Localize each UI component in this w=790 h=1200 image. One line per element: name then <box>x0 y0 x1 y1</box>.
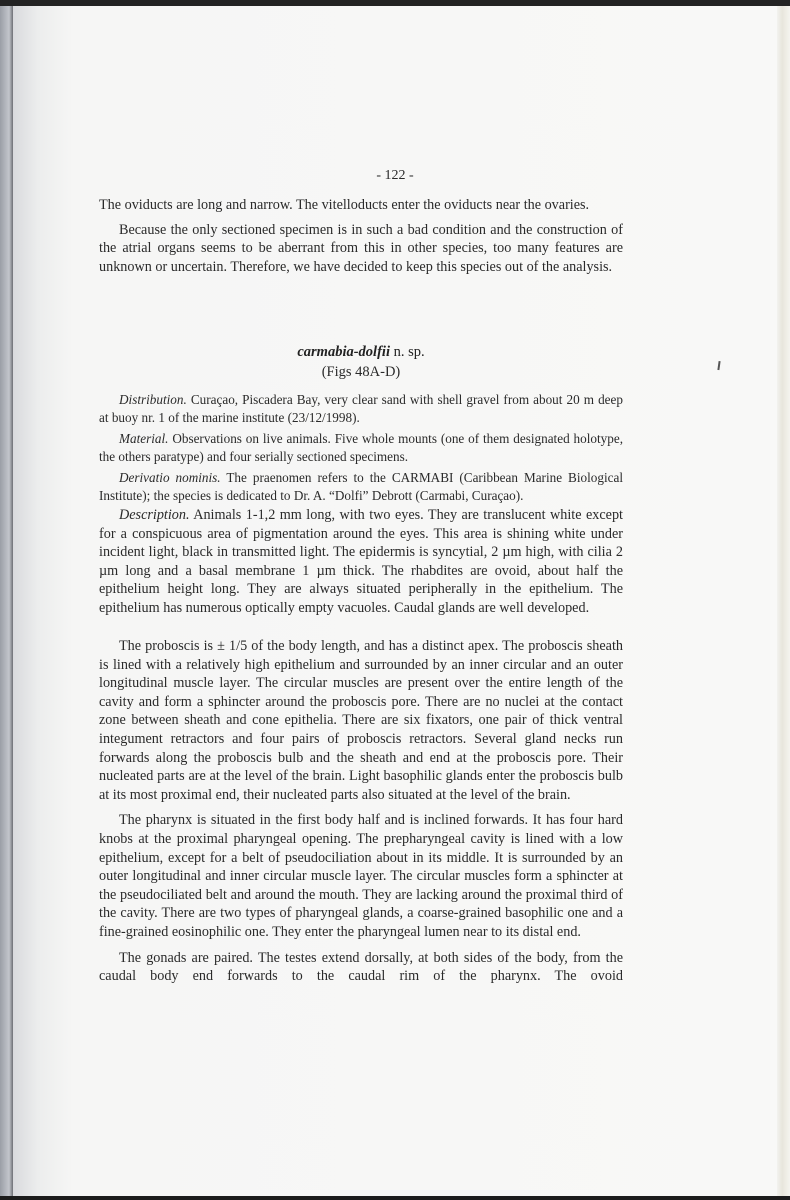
species-suffix: n. sp. <box>390 344 425 360</box>
section-material: Material. Observations on live animals. … <box>99 430 623 467</box>
section-description: Description. Animals 1-1,2 mm long, with… <box>99 506 623 618</box>
label-distribution: Distribution. <box>119 392 187 407</box>
section-derivatio-nominis: Derivatio nominis. The praenomen refers … <box>99 469 623 506</box>
paragraph-pharynx: The pharynx is situated in the first bod… <box>99 811 623 941</box>
page-edge-right <box>777 6 790 1196</box>
label-description: Description. <box>119 507 190 523</box>
page-number: - 122 - <box>0 168 790 184</box>
book-spine-edge <box>0 6 13 1196</box>
paragraph-proboscis: The proboscis is ± 1/5 of the body lengt… <box>99 637 623 804</box>
label-derivatio-nominis: Derivatio nominis. <box>119 470 221 485</box>
figure-reference: (Figs 48A-D) <box>99 364 623 381</box>
body-text: The proboscis is ± 1/5 of the body lengt… <box>99 637 623 986</box>
text-description: Animals 1-1,2 mm long, with two eyes. Th… <box>99 507 623 616</box>
species-heading: carmabia-dolfii n. sp. <box>99 344 623 361</box>
paragraph-gonads: The gonads are paired. The testes extend… <box>99 949 623 986</box>
label-material: Material. <box>119 431 168 446</box>
scan-border-bottom <box>0 1196 790 1200</box>
section-distribution: Distribution. Curaçao, Piscadera Bay, ve… <box>99 391 623 428</box>
species-name: carmabia-dolfii <box>297 344 390 360</box>
text-material: Observations on live animals. Five whole… <box>99 431 623 464</box>
intro-text: The oviducts are long and narrow. The vi… <box>99 196 623 276</box>
paragraph-analysis-exclusion: Because the only sectioned specimen is i… <box>99 221 623 277</box>
paragraph-oviducts: The oviducts are long and narrow. The vi… <box>99 196 623 215</box>
